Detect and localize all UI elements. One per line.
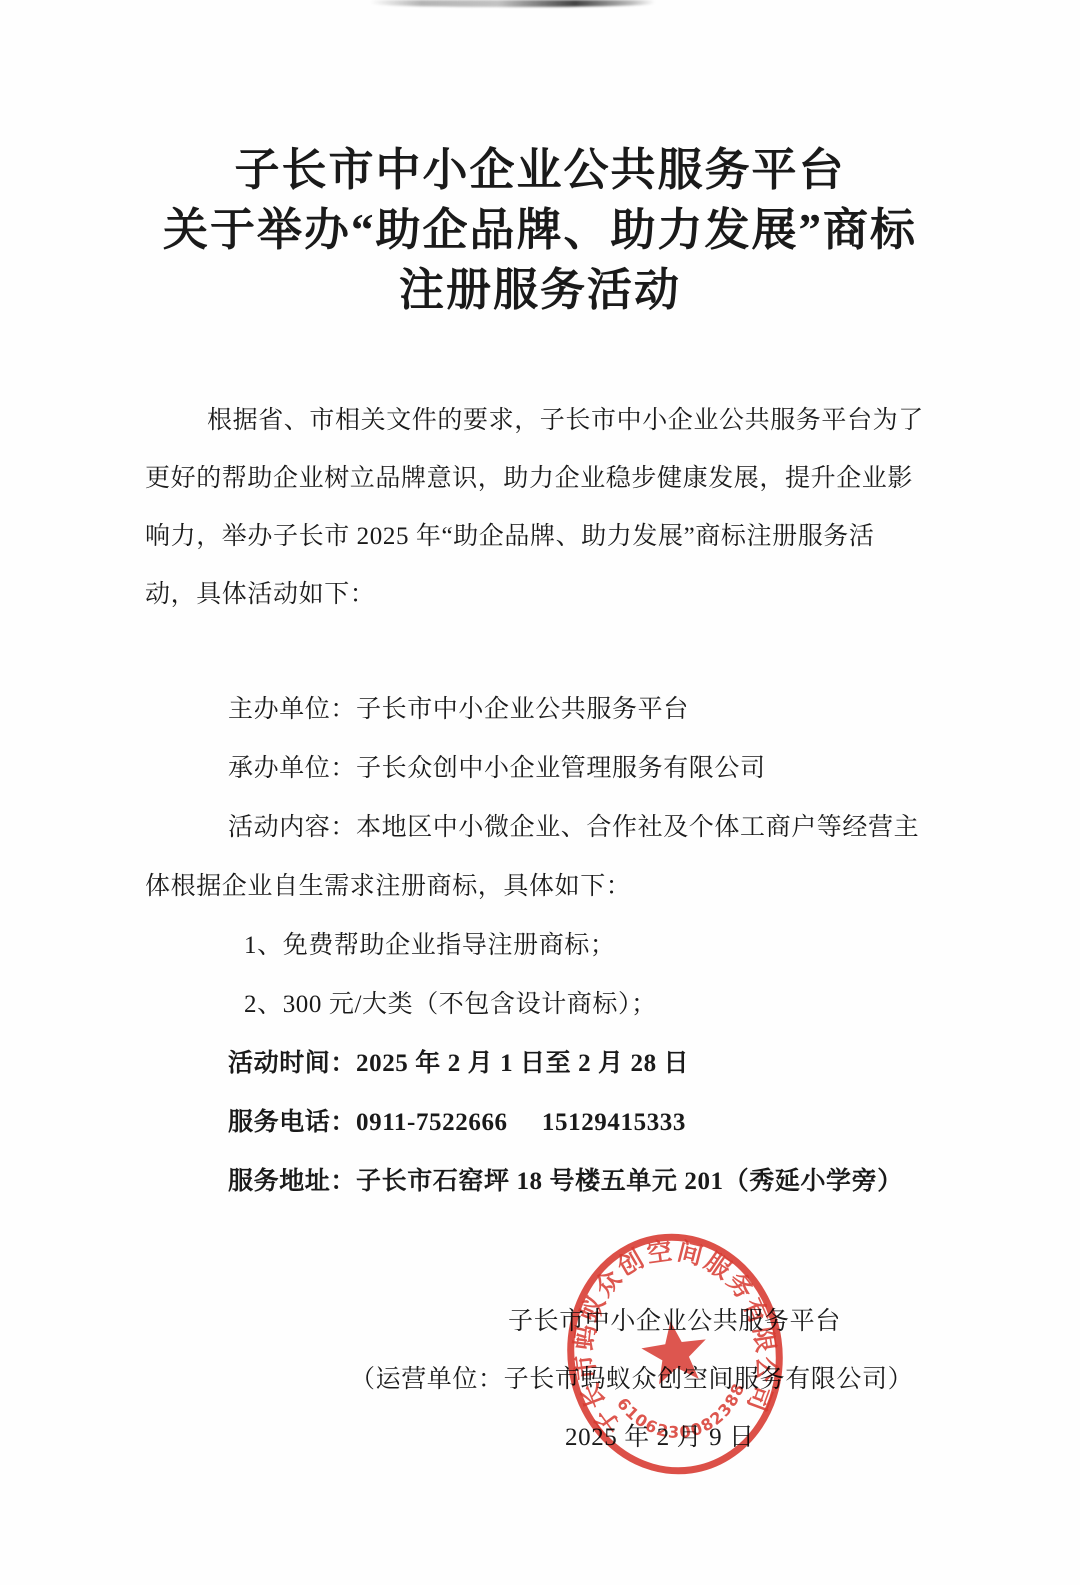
undertaker-line: 承办单位：子长众创中小企业管理服务有限公司 (145, 739, 1080, 798)
content-line-1: 活动内容：本地区中小微企业、合作社及个体工商户等经营主 (145, 798, 1080, 857)
title-line-3: 注册服务活动 (0, 260, 1080, 320)
title-line-2: 关于举办“助企品牌、助力发展”商标 (0, 200, 1080, 260)
list-item-2: 2、300 元/大类（不包含设计商标）； (145, 975, 1080, 1034)
signature-operator: （运营单位：子长市蚂蚁众创空间服务有限公司） (0, 1351, 1080, 1409)
intro-line: 动，具体活动如下： (145, 566, 1080, 624)
document-title: 子长市中小企业公共服务平台 关于举办“助企品牌、助力发展”商标 注册服务活动 (0, 140, 1080, 320)
content-line-2: 体根据企业自生需求注册商标，具体如下： (145, 857, 1080, 916)
intro-line: 响力，举办子长市 2025 年“助企品牌、助力发展”商标注册服务活 (145, 508, 1080, 566)
time-line: 活动时间：2025 年 2 月 1 日至 2 月 28 日 (145, 1034, 1080, 1093)
title-line-1: 子长市中小企业公共服务平台 (0, 140, 1080, 200)
document-page: 子长市中小企业公共服务平台 关于举办“助企品牌、助力发展”商标 注册服务活动 根… (0, 0, 1080, 1585)
signature-date: 2025 年 2 月 9 日 (0, 1409, 1080, 1467)
scan-artifact (370, 0, 655, 7)
intro-paragraph: 根据省、市相关文件的要求，子长市中小企业公共服务平台为了 更好的帮助企业树立品牌… (0, 392, 1080, 624)
list-item-1: 1、免费帮助企业指导注册商标； (145, 916, 1080, 975)
signature-org: 子长市中小企业公共服务平台 (0, 1293, 1080, 1351)
signature-block: 子长市中小企业公共服务平台 （运营单位：子长市蚂蚁众创空间服务有限公司） 202… (0, 1293, 1080, 1467)
address-line: 服务地址：子长市石窑坪 18 号楼五单元 201（秀延小学旁） (145, 1152, 1080, 1211)
intro-line: 根据省、市相关文件的要求，子长市中小企业公共服务平台为了 (145, 392, 1080, 450)
phone-line: 服务电话：0911-7522666 15129415333 (145, 1093, 1080, 1152)
activity-details: 主办单位：子长市中小企业公共服务平台 承办单位：子长众创中小企业管理服务有限公司… (0, 680, 1080, 1211)
intro-line: 更好的帮助企业树立品牌意识，助力企业稳步健康发展，提升企业影 (145, 450, 1080, 508)
organizer-line: 主办单位：子长市中小企业公共服务平台 (145, 680, 1080, 739)
